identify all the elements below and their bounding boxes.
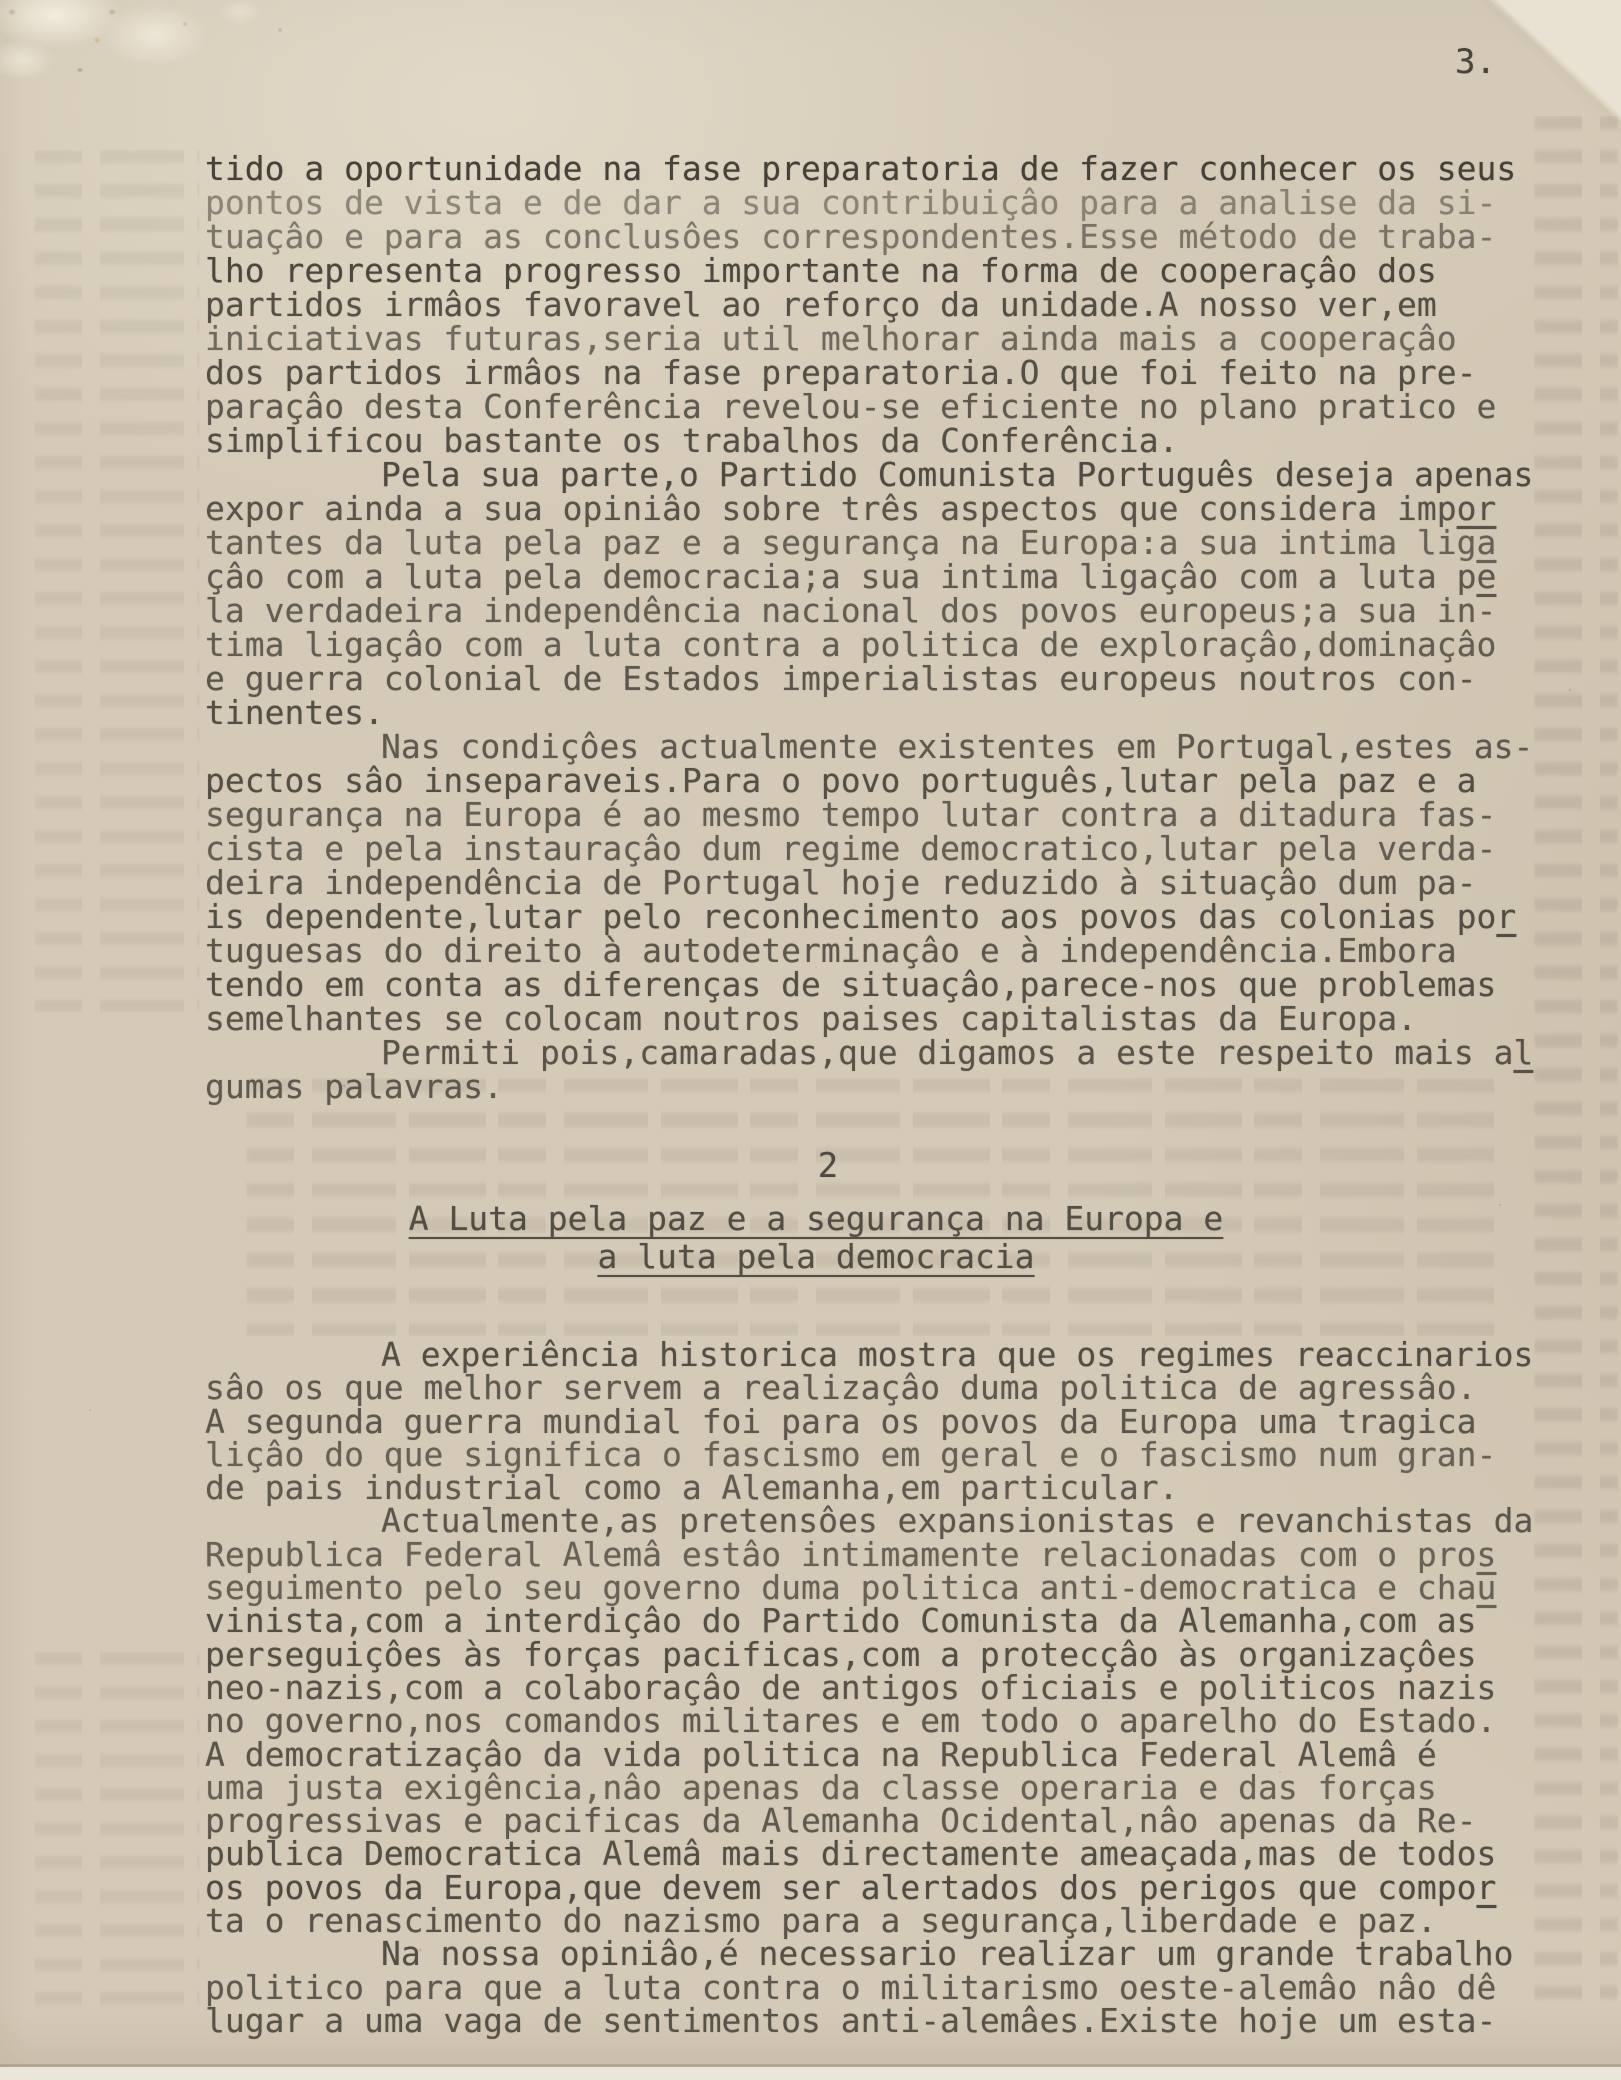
text-line: lugar a uma vaga de sentimentos anti-ale… <box>205 2004 1565 2037</box>
text-line: uma justa exigência,nâo apenas da classe… <box>205 1771 1565 1804</box>
page-number: 3. <box>1455 42 1496 82</box>
text-line: no governo,nos comandos militares e em t… <box>205 1704 1565 1737</box>
text-line: tido a oportunidade na fase preparatoria… <box>205 152 1565 186</box>
underlined-word-break: l <box>1513 1033 1533 1072</box>
text-line: ta o renascimento do nazismo para a segu… <box>205 1904 1565 1937</box>
text-segment: tinentes. <box>205 693 384 732</box>
text-line: la verdadeira independência nacional dos… <box>205 594 1565 628</box>
text-line: gumas palavras. <box>205 1070 1565 1104</box>
text-line: çâo com a luta pela democracia;a sua int… <box>205 560 1565 594</box>
text-line: publica Democratica Alemâ mais directame… <box>205 1837 1565 1870</box>
underlined-word-break: r <box>1496 897 1516 936</box>
bleed-through-text-left-lower <box>34 1652 200 2008</box>
text-segment: lugar a uma vaga de sentimentos anti-ale… <box>205 2001 1496 2040</box>
text-line: de pais industrial como a Alemanha,em pa… <box>205 1471 1565 1504</box>
text-line: tuguesas do direito à autodeterminaçâo e… <box>205 934 1565 968</box>
text-line: os povos da Europa,que devem ser alertad… <box>205 1871 1565 1904</box>
section-number: 2 <box>205 1146 1451 1186</box>
text-line: pectos sâo inseparaveis.Para o povo port… <box>205 764 1565 798</box>
text-line: is dependente,lutar pelo reconhecimento … <box>205 900 1565 934</box>
section-heading-line-1: A Luta pela paz e a segurança na Europa … <box>205 1200 1427 1238</box>
text-line: neo-nazis,com a colaboraçâo de antigos o… <box>205 1671 1565 1704</box>
text-line: tuaçâo e para as conclusôes corresponden… <box>205 220 1565 254</box>
text-line: tinentes. <box>205 696 1565 730</box>
text-line: A segunda guerra mundial foi para os pov… <box>205 1405 1565 1438</box>
text-line: perseguiçôes às forças pacificas,com a p… <box>205 1638 1565 1671</box>
text-line: Permiti pois,camaradas,que digamos a est… <box>205 1036 1565 1070</box>
text-line: lho representa progresso importante na f… <box>205 254 1565 288</box>
text-segment: Permiti pois,camaradas,que digamos a est… <box>381 1033 1513 1072</box>
text-line: liçâo do que significa o fascismo em ger… <box>205 1438 1565 1471</box>
text-line: Pela sua parte,o Partido Comunista Portu… <box>205 458 1565 492</box>
text-line: simplificou bastante os trabalhos da Con… <box>205 424 1565 458</box>
document-page: 3. tido a oportunidade na fase preparato… <box>0 0 1621 2080</box>
text-line: Actualmente,as pretensôes expansionistas… <box>205 1504 1565 1537</box>
text-line: expor ainda a sua opiniâo sobre três asp… <box>205 492 1565 526</box>
text-line: tima ligaçâo com a luta contra a politic… <box>205 628 1565 662</box>
section-heading: A Luta pela paz e a segurança na Europa … <box>205 1200 1427 1276</box>
text-line: A experiência historica mostra que os re… <box>205 1338 1565 1371</box>
text-line: paraçâo desta Conferência revelou-se efi… <box>205 390 1565 424</box>
bleed-through-text-left <box>34 150 200 1012</box>
text-line: Nas condiçôes actualmente existentes em … <box>205 730 1565 764</box>
text-line: cista e pela instauraçâo dum regime demo… <box>205 832 1565 866</box>
text-line: A democratizaçâo da vida politica na Rep… <box>205 1738 1565 1771</box>
text-line: tendo em conta as diferenças de situaçâo… <box>205 968 1565 1002</box>
text-line: seguimento pelo seu governo duma politic… <box>205 1571 1565 1604</box>
underlined-word-break: r <box>1477 1868 1497 1907</box>
typewritten-text-block-bottom: A experiência historica mostra que os re… <box>205 1338 1565 2037</box>
text-line: Na nossa opiniâo,é necessario realizar u… <box>205 1937 1565 1970</box>
text-line: iniciativas futuras,seria util melhorar … <box>205 322 1565 356</box>
scan-edge-bottom <box>0 2064 1621 2080</box>
section-heading-line-2: a luta pela democracia <box>205 1238 1427 1276</box>
paper-stain-top-left <box>0 0 380 160</box>
text-line: vinista,com a interdiçâo do Partido Comu… <box>205 1604 1565 1637</box>
text-line: partidos irmâos favoravel ao reforço da … <box>205 288 1565 322</box>
text-line: deira independência de Portugal hoje red… <box>205 866 1565 900</box>
text-line: progressivas e pacificas da Alemanha Oci… <box>205 1804 1565 1837</box>
text-line: sâo os que melhor servem a realizaçâo du… <box>205 1371 1565 1404</box>
text-line: segurança na Europa é ao mesmo tempo lut… <box>205 798 1565 832</box>
text-segment: gumas palavras. <box>205 1067 503 1106</box>
text-line: Republica Federal Alemâ estâo intimament… <box>205 1538 1565 1571</box>
text-line: semelhantes se colocam noutros paises ca… <box>205 1002 1565 1036</box>
text-line: tantes da luta pela paz e a segurança na… <box>205 526 1565 560</box>
text-line: e guerra colonial de Estados imperialist… <box>205 662 1565 696</box>
text-line: dos partidos irmâos na fase preparatoria… <box>205 356 1565 390</box>
text-segment: e guerra colonial de Estados imperialist… <box>205 659 1477 698</box>
typewritten-text-block-top: tido a oportunidade na fase preparatoria… <box>205 152 1565 1104</box>
text-line: politico para que a luta contra o milita… <box>205 1971 1565 2004</box>
text-line: pontos de vista e de dar a sua contribui… <box>205 186 1565 220</box>
underlined-word-break: u <box>1477 1568 1497 1607</box>
